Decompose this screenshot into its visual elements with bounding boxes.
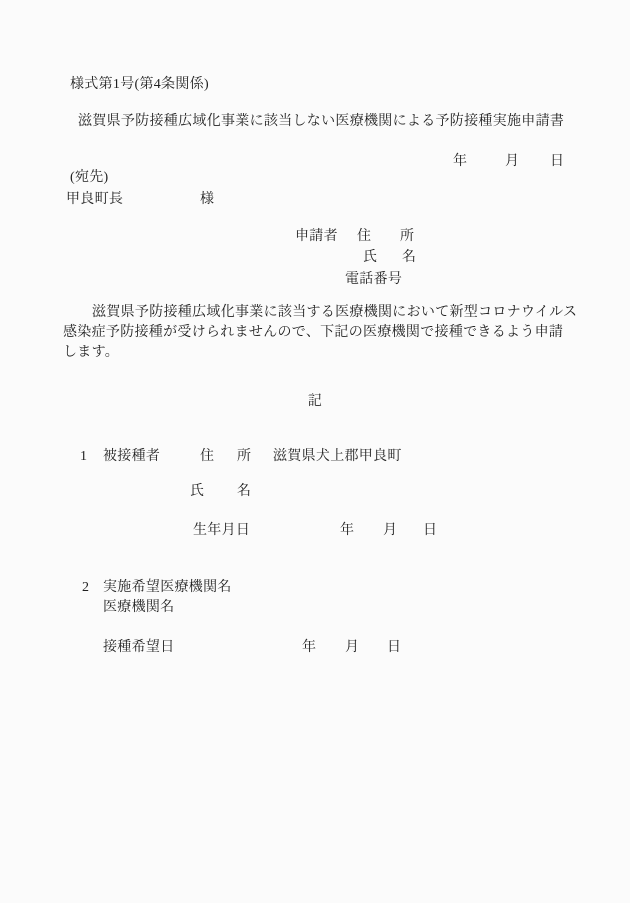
applicant-phone-label: 電話番号 [345, 272, 402, 288]
section2-desired-month-label: 月 [345, 640, 359, 656]
date-month-label: 月 [505, 154, 519, 170]
date-day-label: 日 [550, 154, 564, 170]
body-paragraph-line-1: 滋賀県予防接種広域化事業に該当する医療機関において新型コロナウイルス [63, 305, 577, 321]
section2-number: 2 [82, 580, 89, 596]
section1-birth-month-label: 月 [383, 523, 397, 539]
body-paragraph-line-3: します。 [63, 345, 119, 361]
section1-birth-year-label: 年 [340, 523, 354, 539]
section2-desired-day-label: 日 [387, 640, 401, 656]
section1-birth-day-label: 日 [423, 523, 437, 539]
form-number: 様式第1号(第4条関係) [70, 77, 209, 93]
document-page: 様式第1号(第4条関係) 滋賀県予防接種広域化事業に該当しない医療機関による予防… [0, 0, 630, 903]
date-year-label: 年 [453, 154, 467, 170]
section1-birthdate-label: 生年月日 [193, 523, 250, 539]
section1-number: 1 [80, 449, 87, 465]
applicant-label: 申請者 [295, 229, 338, 245]
addressee-label: (宛先) [70, 170, 109, 186]
section1-name-label-right: 名 [237, 484, 251, 500]
section1-address-value: 滋賀県犬上郡甲良町 [273, 449, 402, 465]
addressee-name: 甲良町長 [66, 192, 123, 208]
addressee-honorific: 様 [200, 192, 214, 208]
section1-name-label-left: 氏 [190, 484, 204, 500]
section2-desired-year-label: 年 [302, 640, 316, 656]
document-title: 滋賀県予防接種広域化事業に該当しない医療機関による予防接種実施申請書 [78, 114, 564, 130]
applicant-name-label-right: 名 [402, 250, 416, 266]
section2-title: 実施希望医療機関名 [103, 580, 232, 596]
applicant-address-label-left: 住 [357, 229, 371, 245]
body-paragraph-line-2: 感染症予防接種が受けられませんので、下記の医療機関で接種できるよう申請 [63, 325, 563, 341]
section1-title: 被接種者 [103, 449, 160, 465]
section1-address-label-left: 住 [200, 449, 214, 465]
list-heading: 記 [0, 394, 630, 410]
section1-address-label-right: 所 [237, 449, 251, 465]
section2-institution-label: 医療機関名 [103, 600, 175, 616]
section2-desired-date-label: 接種希望日 [103, 640, 175, 656]
applicant-address-label-right: 所 [400, 229, 414, 245]
applicant-name-label-left: 氏 [363, 250, 377, 266]
